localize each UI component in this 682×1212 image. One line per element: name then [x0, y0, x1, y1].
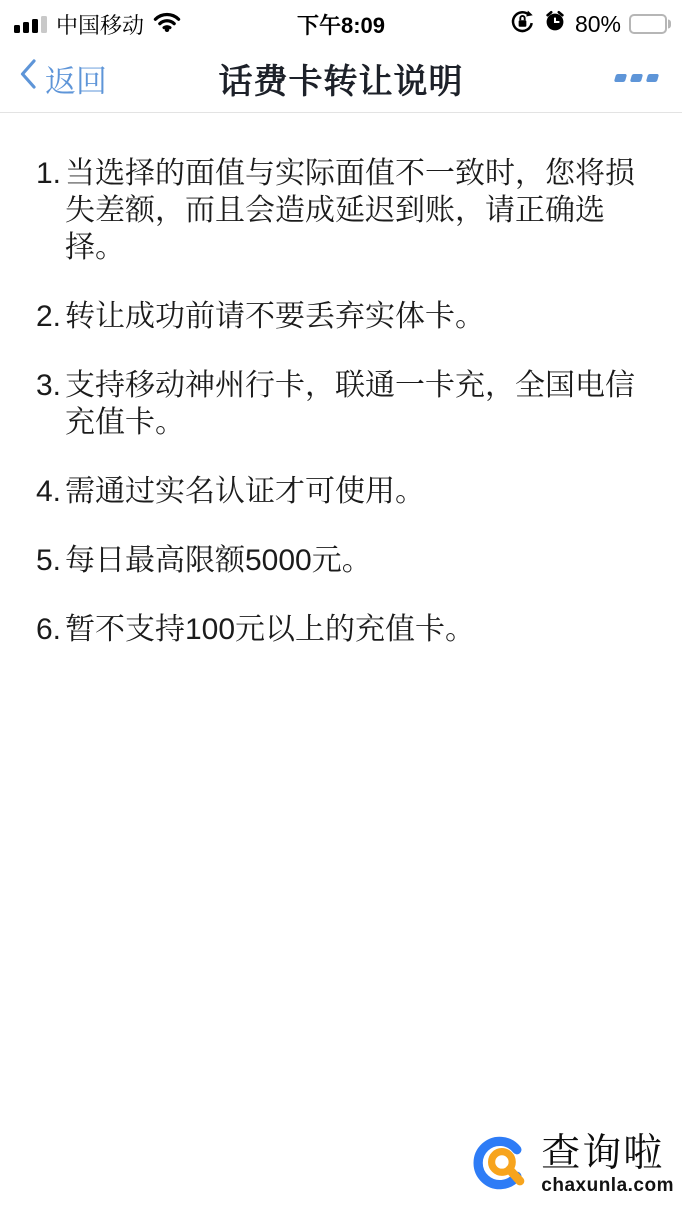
more-menu-button[interactable] — [613, 64, 660, 92]
status-bar-left: 中国移动 — [14, 9, 181, 40]
watermark-brand: 查询啦 — [541, 1134, 674, 1175]
back-button-label: 返回 — [45, 56, 107, 101]
list-item-text: 暂不支持100元以上的充值卡。 — [65, 611, 640, 648]
carrier-label: 中国移动 — [56, 9, 144, 40]
phone-screen: 中国移动 下午8:09 — [0, 0, 682, 1212]
instruction-list: 1. 当选择的面值与实际面值不一致时，您将损失差额，而且会造成延迟到账，请正确选… — [0, 113, 682, 648]
list-item-text: 需通过实名认证才可使用。 — [65, 473, 640, 510]
alarm-clock-icon — [543, 9, 567, 39]
magnifier-logo-icon — [472, 1129, 538, 1202]
list-item-text: 每日最高限额5000元。 — [65, 542, 640, 579]
list-item: 3. 支持移动神州行卡，联通一卡充，全国电信充值卡。 — [36, 367, 640, 441]
list-item-text: 支持移动神州行卡，联通一卡充，全国电信充值卡。 — [65, 367, 640, 441]
list-item-number: 3. — [36, 367, 65, 441]
chevron-left-icon — [18, 58, 38, 98]
list-item: 2. 转让成功前请不要丢弃实体卡。 — [36, 298, 640, 335]
watermark-domain: chaxunla.com — [541, 1175, 674, 1197]
back-button[interactable]: 返回 — [18, 56, 107, 101]
list-item: 6. 暂不支持100元以上的充值卡。 — [36, 611, 640, 648]
list-item-number: 5. — [36, 542, 65, 579]
list-item: 5. 每日最高限额5000元。 — [36, 542, 640, 579]
watermark: 查询啦 chaxunla.com — [472, 1129, 674, 1202]
list-item-text: 当选择的面值与实际面值不一致时，您将损失差额，而且会造成延迟到账，请正确选择。 — [65, 155, 640, 266]
list-item-number: 6. — [36, 611, 65, 648]
nav-bar: 返回 话费卡转让说明 — [0, 44, 682, 113]
watermark-text: 查询啦 chaxunla.com — [541, 1134, 674, 1198]
battery-percent-label: 80% — [575, 11, 621, 38]
status-bar: 中国移动 下午8:09 — [0, 0, 682, 44]
list-item-number: 4. — [36, 473, 65, 510]
status-bar-right: 80% — [510, 9, 672, 40]
ellipsis-icon — [615, 74, 658, 82]
list-item-text: 转让成功前请不要丢弃实体卡。 — [65, 298, 640, 335]
signal-strength-icon — [14, 15, 47, 33]
wifi-icon — [153, 10, 181, 38]
list-item: 4. 需通过实名认证才可使用。 — [36, 473, 640, 510]
list-item-number: 2. — [36, 298, 65, 335]
list-item-number: 1. — [36, 155, 65, 266]
rotation-lock-icon — [510, 9, 535, 40]
battery-icon — [629, 14, 667, 34]
list-item: 1. 当选择的面值与实际面值不一致时，您将损失差额，而且会造成延迟到账，请正确选… — [36, 155, 640, 266]
